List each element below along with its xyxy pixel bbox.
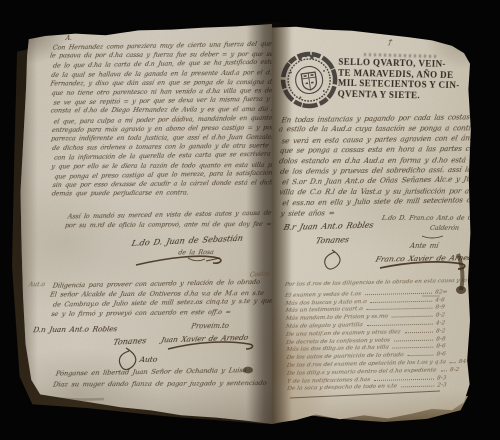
account-amount: 4-8 <box>435 297 460 304</box>
dotted-leader <box>392 316 433 318</box>
account-amount: 8-6 <box>436 351 461 358</box>
dotted-leader <box>440 370 446 371</box>
signature-bottom-line2: Fran.co Xavier de Arnedo <box>375 253 478 264</box>
left-page-content: A. Con Hernandez como pareziera muy de c… <box>18 22 275 425</box>
dotted-leader <box>450 362 456 363</box>
corner-mark: A. <box>65 35 72 42</box>
photograph-of-manuscript: A. Con Hernandez como pareziera muy de c… <box>0 0 500 440</box>
dotted-leader <box>374 378 434 380</box>
handwritten-line: por su m.rd de oficio la comprovó, ante … <box>64 219 270 230</box>
dotted-leader <box>405 331 433 333</box>
auto-heading: Auto <box>139 355 158 364</box>
signature-bottom-line1: Ante mí <box>409 242 439 250</box>
dotted-leader <box>408 355 434 357</box>
right-page-content: 12 † <box>272 26 472 424</box>
closing-paragraph: Assí lo mandó su merced en vista de esto… <box>66 208 271 231</box>
account-entry-text: De la saca y despacho de todo en v.te <box>287 384 398 393</box>
account-amount: 82= <box>435 289 460 296</box>
judge-signature-line2: de la Rosa <box>178 248 215 256</box>
dotted-leader <box>401 386 434 388</box>
signature-left-line2: Tonanes <box>315 235 350 245</box>
account-amount: 8-2 <box>436 328 461 335</box>
account-amount: 8-2 <box>449 366 474 373</box>
folio-number: 12 <box>443 32 457 44</box>
account-rows: El examen y vedas de t.os 82= Más dos bu… <box>285 287 461 392</box>
handwritten-line: se y lo firmó y proveyó con acuerdo en e… <box>50 307 252 319</box>
cross-invocation-mark: † <box>387 38 392 47</box>
escribano-signature-line1: Proveim.to <box>191 322 230 330</box>
dotted-leader <box>367 324 433 326</box>
costs-account-table: Por los d.ros de las diligencias de lo o… <box>285 278 461 392</box>
account-amount: 8-9 <box>435 304 460 311</box>
account-header: Por los d.ros de las diligencias de lo o… <box>284 278 459 288</box>
dotted-leader <box>367 308 433 310</box>
handwritten-line: demás que puede perjudicarse en contra. <box>51 188 266 199</box>
account-amount: 2-3 <box>437 382 462 389</box>
signature-right-line2: Calderón <box>429 224 459 232</box>
handwritten-line: Diaz su muger dando fianza de pagar juzg… <box>52 378 260 391</box>
left-page: A. Con Hernandez como pareziera muy de c… <box>20 24 272 424</box>
auto-paragraph: Diligencia para proveer con acuerdo y re… <box>51 279 251 320</box>
escribano-signature-line2: Juan Xavier de Arnedo <box>160 333 249 345</box>
account-amount: 84-26 <box>459 358 484 365</box>
release-order: Pónganse en libertad Juan Señor de Ochan… <box>54 366 260 392</box>
dotted-leader <box>394 339 433 341</box>
margin-note-auto: Aut.o <box>28 281 45 288</box>
account-amount: 4-2 <box>435 320 460 327</box>
royal-coat-of-arms-stamp-icon <box>278 46 340 110</box>
judge-signature: L.do D. Juan de Sebastián <box>131 233 244 248</box>
dotted-leader <box>365 292 432 295</box>
tax-stamp-text: SELLO QVARTO, VEIN-TE MARAVEDIS, AÑO DEM… <box>338 57 471 102</box>
dotted-leader <box>371 300 433 302</box>
left-main-paragraph: Con Hernandez como pareziera muy de cier… <box>51 41 267 200</box>
account-amount: 8-2 <box>435 312 460 319</box>
right-main-paragraph: En todas instancias y pagando por cada l… <box>279 113 468 219</box>
dotted-leader <box>393 347 434 349</box>
signature-right-line1: L.do D. Fran.co Ant.o de Castilla <box>381 214 492 222</box>
account-amount: 8-3 <box>437 375 462 382</box>
signature-left-line1: B.r Juan Ant.o Robles <box>283 221 375 232</box>
right-page: 12 † <box>272 26 472 424</box>
party-name: D.n Juan Ant.o Robles <box>33 324 118 334</box>
account-amount: 8-6 <box>436 343 461 350</box>
party-surname: Tonanes <box>112 336 147 347</box>
account-amount: 8-8 <box>436 336 461 343</box>
